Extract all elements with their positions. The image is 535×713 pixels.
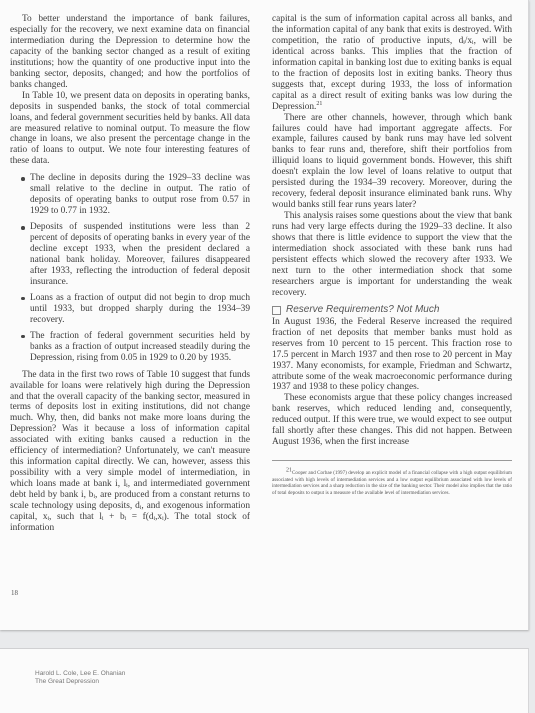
- footnote-divider: [272, 460, 512, 461]
- footnote: 21Cooper and Corbae (1997) develop an ex…: [272, 470, 512, 496]
- paragraph: In August 1936, the Federal Reserve incr…: [272, 317, 512, 394]
- bullet-item: The decline in deposits during the 1929–…: [30, 173, 250, 217]
- next-page: Harold L. Cole, Lee E. Ohanian The Great…: [0, 648, 529, 713]
- bullet-item: The fraction of federal government secur…: [30, 331, 250, 364]
- paragraph: capital is the sum of information capita…: [272, 14, 512, 113]
- paragraph: These economists argue that these policy…: [272, 393, 512, 448]
- square-bullet-icon: [272, 306, 281, 315]
- paragraph: The data in the first two rows of Table …: [10, 370, 250, 534]
- bullet-item: Deposits of suspended institutions were …: [30, 222, 250, 288]
- bullet-list: The decline in deposits during the 1929–…: [10, 173, 250, 363]
- paragraph: To better understand the importance of b…: [10, 14, 250, 91]
- section-heading-text: Reserve Requirements? Not Much: [286, 305, 439, 316]
- right-column: capital is the sum of information capita…: [272, 14, 512, 497]
- paragraph: In Table 10, we present data on deposits…: [10, 91, 250, 168]
- paragraph: There are other channels, however, throu…: [272, 113, 512, 212]
- paragraph: This analysis raises some questions abou…: [272, 211, 512, 299]
- page-number: 18: [11, 589, 18, 597]
- left-column: To better understand the importance of b…: [10, 14, 250, 534]
- paragraph-text: capital is the sum of information capita…: [272, 14, 512, 112]
- bullet-item: Loans as a fraction of output did not be…: [30, 293, 250, 326]
- page-credit: Harold L. Cole, Lee E. Ohanian The Great…: [35, 670, 125, 686]
- authors: Harold L. Cole, Lee E. Ohanian: [35, 670, 125, 678]
- footnote-text: Cooper and Corbae (1997) develop an expl…: [272, 470, 512, 496]
- footnote-ref[interactable]: 21: [316, 101, 322, 107]
- section-heading: Reserve Requirements? Not Much: [272, 305, 512, 316]
- book-title: The Great Depression: [35, 678, 125, 686]
- document-page: To better understand the importance of b…: [0, 0, 529, 630]
